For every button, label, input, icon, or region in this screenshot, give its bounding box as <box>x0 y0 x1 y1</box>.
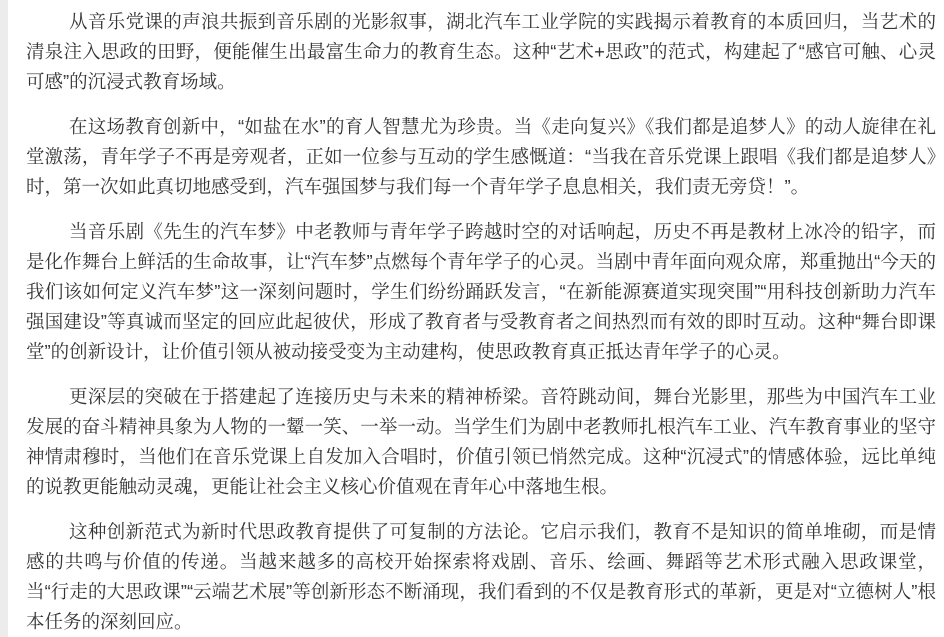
paragraph-2: 在这场教育创新中，“如盐在水”的育人智慧尤为珍贵。当《走向复兴》《我们都是追梦人… <box>26 112 936 202</box>
left-edge-strip <box>0 0 8 637</box>
paragraph-5: 这种创新范式为新时代思政教育提供了可复制的方法论。它启示我们，教育不是知识的简单… <box>26 517 936 637</box>
article-body: 从音乐党课的声浪共振到音乐剧的光影叙事，湖北汽车工业学院的实践揭示着教育的本质回… <box>26 7 936 637</box>
paragraph-3: 当音乐剧《先生的汽车梦》中老教师与青年学子跨越时空的对话响起，历史不再是教材上冰… <box>26 217 936 367</box>
paragraph-4: 更深层的突破在于搭建起了连接历史与未来的精神桥梁。音符跳动间，舞台光影里，那些为… <box>26 382 936 502</box>
paragraph-1: 从音乐党课的声浪共振到音乐剧的光影叙事，湖北汽车工业学院的实践揭示着教育的本质回… <box>26 7 936 97</box>
